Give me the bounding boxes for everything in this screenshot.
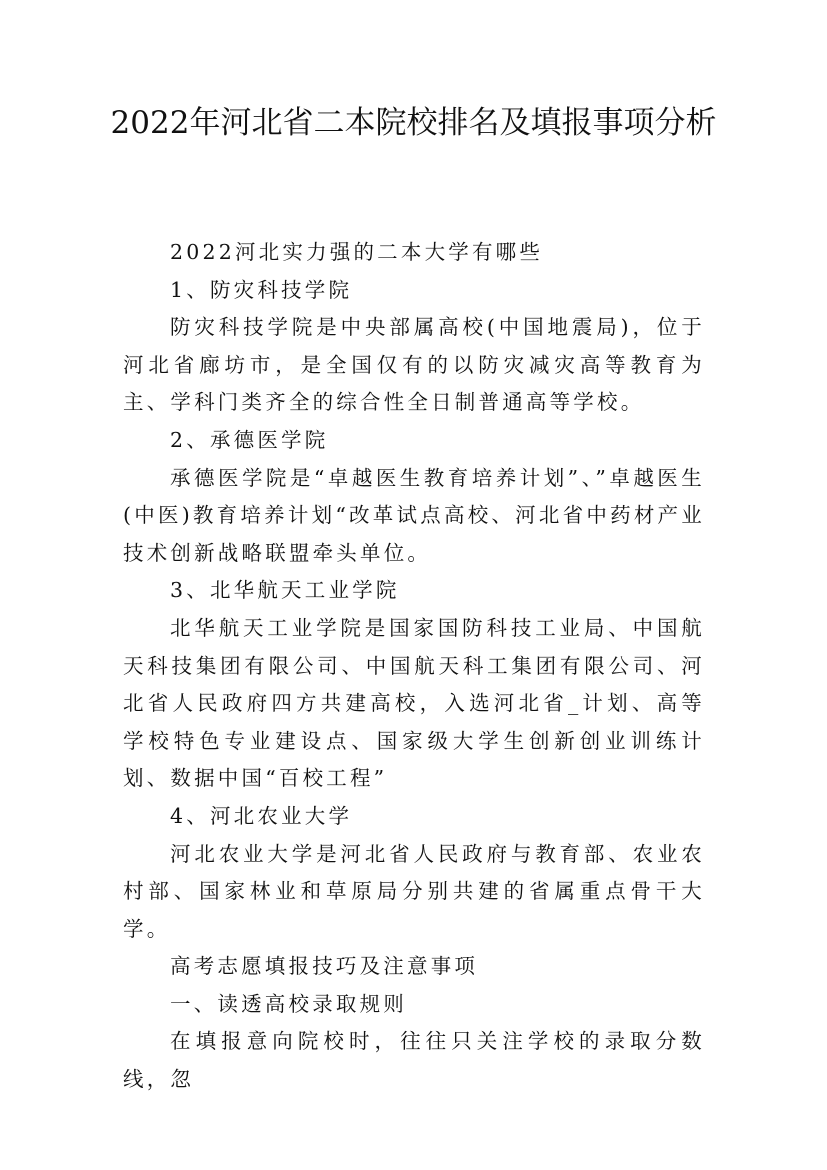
item-paragraph-1: 防灾科技学院是中央部属高校(中国地震局)，位于河北省廊坊市，是全国仅有的以防灾减… <box>123 309 705 422</box>
item-heading-2: 2、承德医学院 <box>123 422 705 460</box>
document-body: 2022河北实力强的二本大学有哪些 1、防灾科技学院 防灾科技学院是中央部属高校… <box>123 234 705 1099</box>
section-heading: 2022河北实力强的二本大学有哪些 <box>123 234 705 272</box>
section-heading-tips: 高考志愿填报技巧及注意事项 <box>123 948 705 986</box>
tip-heading-1: 一、读透高校录取规则 <box>123 986 705 1024</box>
document-title: 2022年河北省二本院校排名及填报事项分析 <box>110 98 717 148</box>
item-heading-4: 4、河北农业大学 <box>123 798 705 836</box>
item-paragraph-4: 河北农业大学是河北省人民政府与教育部、农业农村部、国家林业和草原局分别共建的省属… <box>123 836 705 949</box>
item-heading-3: 3、北华航天工业学院 <box>123 572 705 610</box>
document-page: 2022年河北省二本院校排名及填报事项分析 2022河北实力强的二本大学有哪些 … <box>0 0 827 1170</box>
tip-paragraph-1: 在填报意向院校时，往往只关注学校的录取分数线，忽 <box>123 1023 705 1098</box>
item-heading-1: 1、防灾科技学院 <box>123 272 705 310</box>
item-paragraph-2: 承德医学院是“卓越医生教育培养计划”、”卓越医生(中医)教育培养计划“改革试点高… <box>123 460 705 573</box>
item-paragraph-3: 北华航天工业学院是国家国防科技工业局、中国航天科技集团有限公司、中国航天科工集团… <box>123 610 705 798</box>
